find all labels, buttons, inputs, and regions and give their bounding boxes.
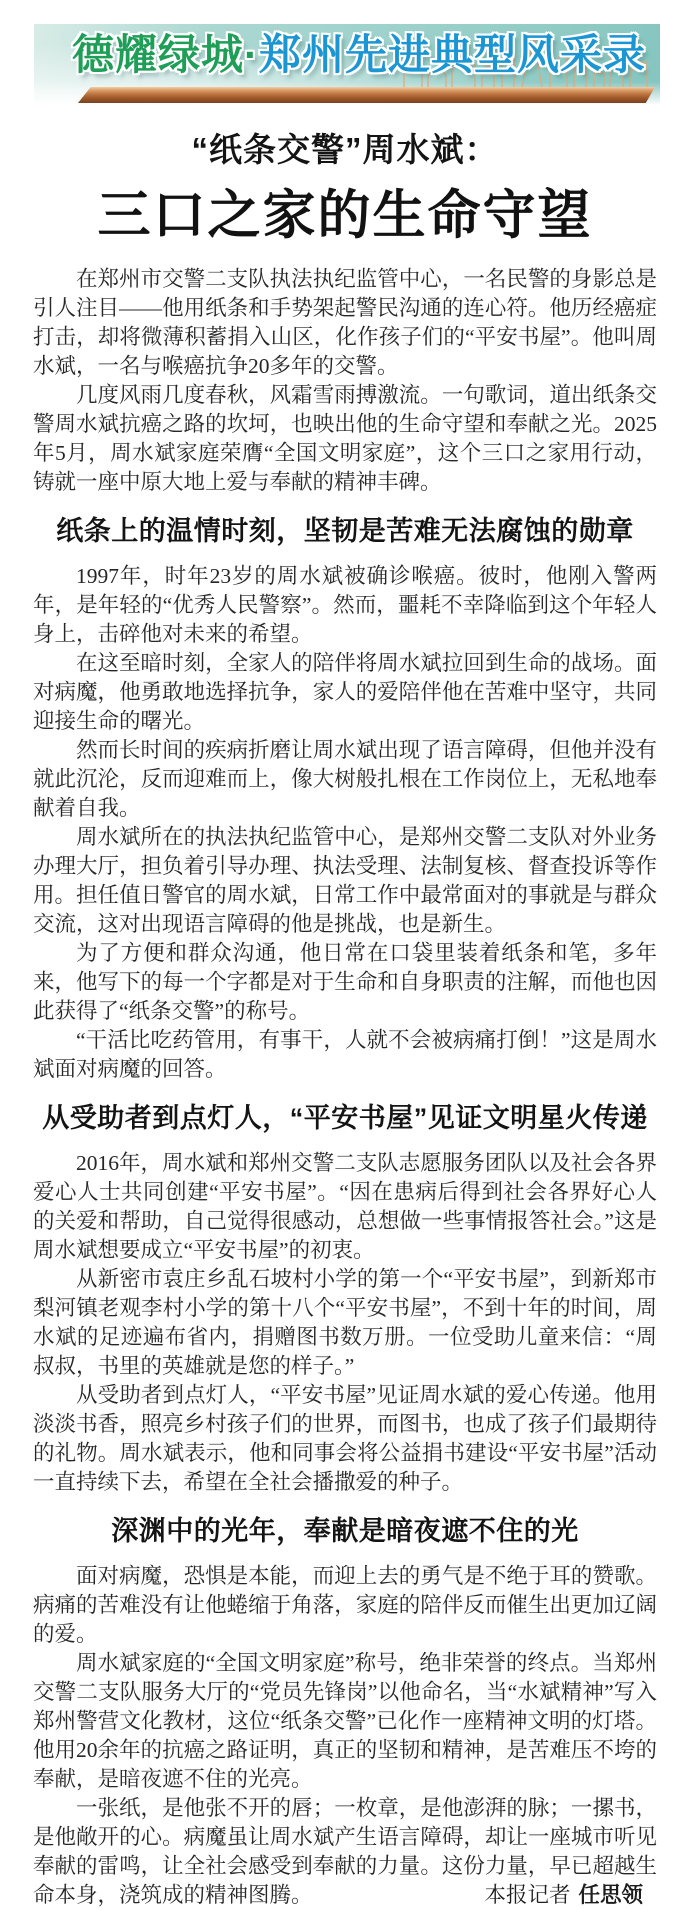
paragraph: 周水斌所在的执法执纪监管中心，是郑州交警二支队对外业务办理大厅，担负着引导办理、… <box>33 823 657 939</box>
byline-name: 任思领 <box>578 1883 643 1907</box>
intro-paragraph: 在郑州市交警二支队执法执纪监管中心，一名民警的身影总是引人注目——他用纸条和手势… <box>33 265 657 381</box>
article-subtitle: “纸条交警”周水斌： <box>0 124 690 171</box>
article-body: 在郑州市交警二支队执法执纪监管中心，一名民警的身影总是引人注目——他用纸条和手势… <box>33 265 657 1910</box>
paragraph: 2016年，周水斌和郑州交警二支队志愿服务团队以及社会各界爱心人士共同创建“平安… <box>33 1149 657 1265</box>
paragraph: 从受助者到点灯人，“平安书屋”见证周水斌的爱心传递。他用淡淡书香，照亮乡村孩子们… <box>33 1381 657 1497</box>
paragraph: 面对病魔，恐惧是本能，而迎上去的勇气是不绝于耳的赞歌。病痛的苦难没有让他蜷缩于角… <box>33 1562 657 1649</box>
banner-title-green: 德耀绿城 <box>72 31 244 78</box>
banner-shelf-bar <box>78 87 655 103</box>
section-heading-1: 纸条上的温情时刻，坚韧是苦难无法腐蚀的勋章 <box>33 514 657 548</box>
banner-separator-dot: · <box>244 31 259 78</box>
paragraph: 从新密市袁庄乡乱石坡村小学的第一个“平安书屋”，到新郑市梨河镇老观李村小学的第十… <box>33 1265 657 1381</box>
newspaper-page: 德耀绿城·郑州先进典型风采录 “纸条交警”周水斌： 三口之家的生命守望 在郑州市… <box>0 0 690 1910</box>
paragraph: 周水斌家庭的“全国文明家庭”称号，绝非荣誉的终点。当郑州交警二支队服务大厅的“党… <box>33 1649 657 1794</box>
article-title: 三口之家的生命守望 <box>0 173 690 249</box>
intro-paragraph: 几度风雨几度春秋，风霜雪雨搏激流。一句歌词，道出纸条交警周水斌抗癌之路的坎坷，也… <box>33 381 657 497</box>
paragraph: 在这至暗时刻，全家人的陪伴将周水斌拉回到生命的战场。面对病魔，他勇敢地选择抗争，… <box>33 649 657 736</box>
banner-title-blue: 郑州先进典型风采录 <box>259 31 646 78</box>
paragraph: 然而长时间的疾病折磨让周水斌出现了语言障碍，但他并没有就此沉沦，反而迎难而上，像… <box>33 736 657 823</box>
section-heading-3: 深渊中的光年，奉献是暗夜遮不住的光 <box>33 1514 657 1548</box>
paragraph: 1997年，时年23岁的周水斌被确诊喉癌。彼时，他刚入警两年，是年轻的“优秀人民… <box>33 562 657 649</box>
banner-title: 德耀绿城·郑州先进典型风采录 <box>34 24 660 79</box>
paragraph: 为了方便和群众沟通，他日常在口袋里装着纸条和笔，多年来，他写下的每一个字都是对于… <box>33 939 657 1026</box>
column-banner: 德耀绿城·郑州先进典型风采录 <box>34 24 660 104</box>
byline-label: 本报记者 <box>484 1883 570 1907</box>
paragraph: “干活比吃药管用，有事干，人就不会被病痛打倒！”这是周水斌面对病魔的回答。 <box>33 1026 657 1084</box>
section-heading-2: 从受助者到点灯人，“平安书屋”见证文明星火传递 <box>33 1101 657 1135</box>
